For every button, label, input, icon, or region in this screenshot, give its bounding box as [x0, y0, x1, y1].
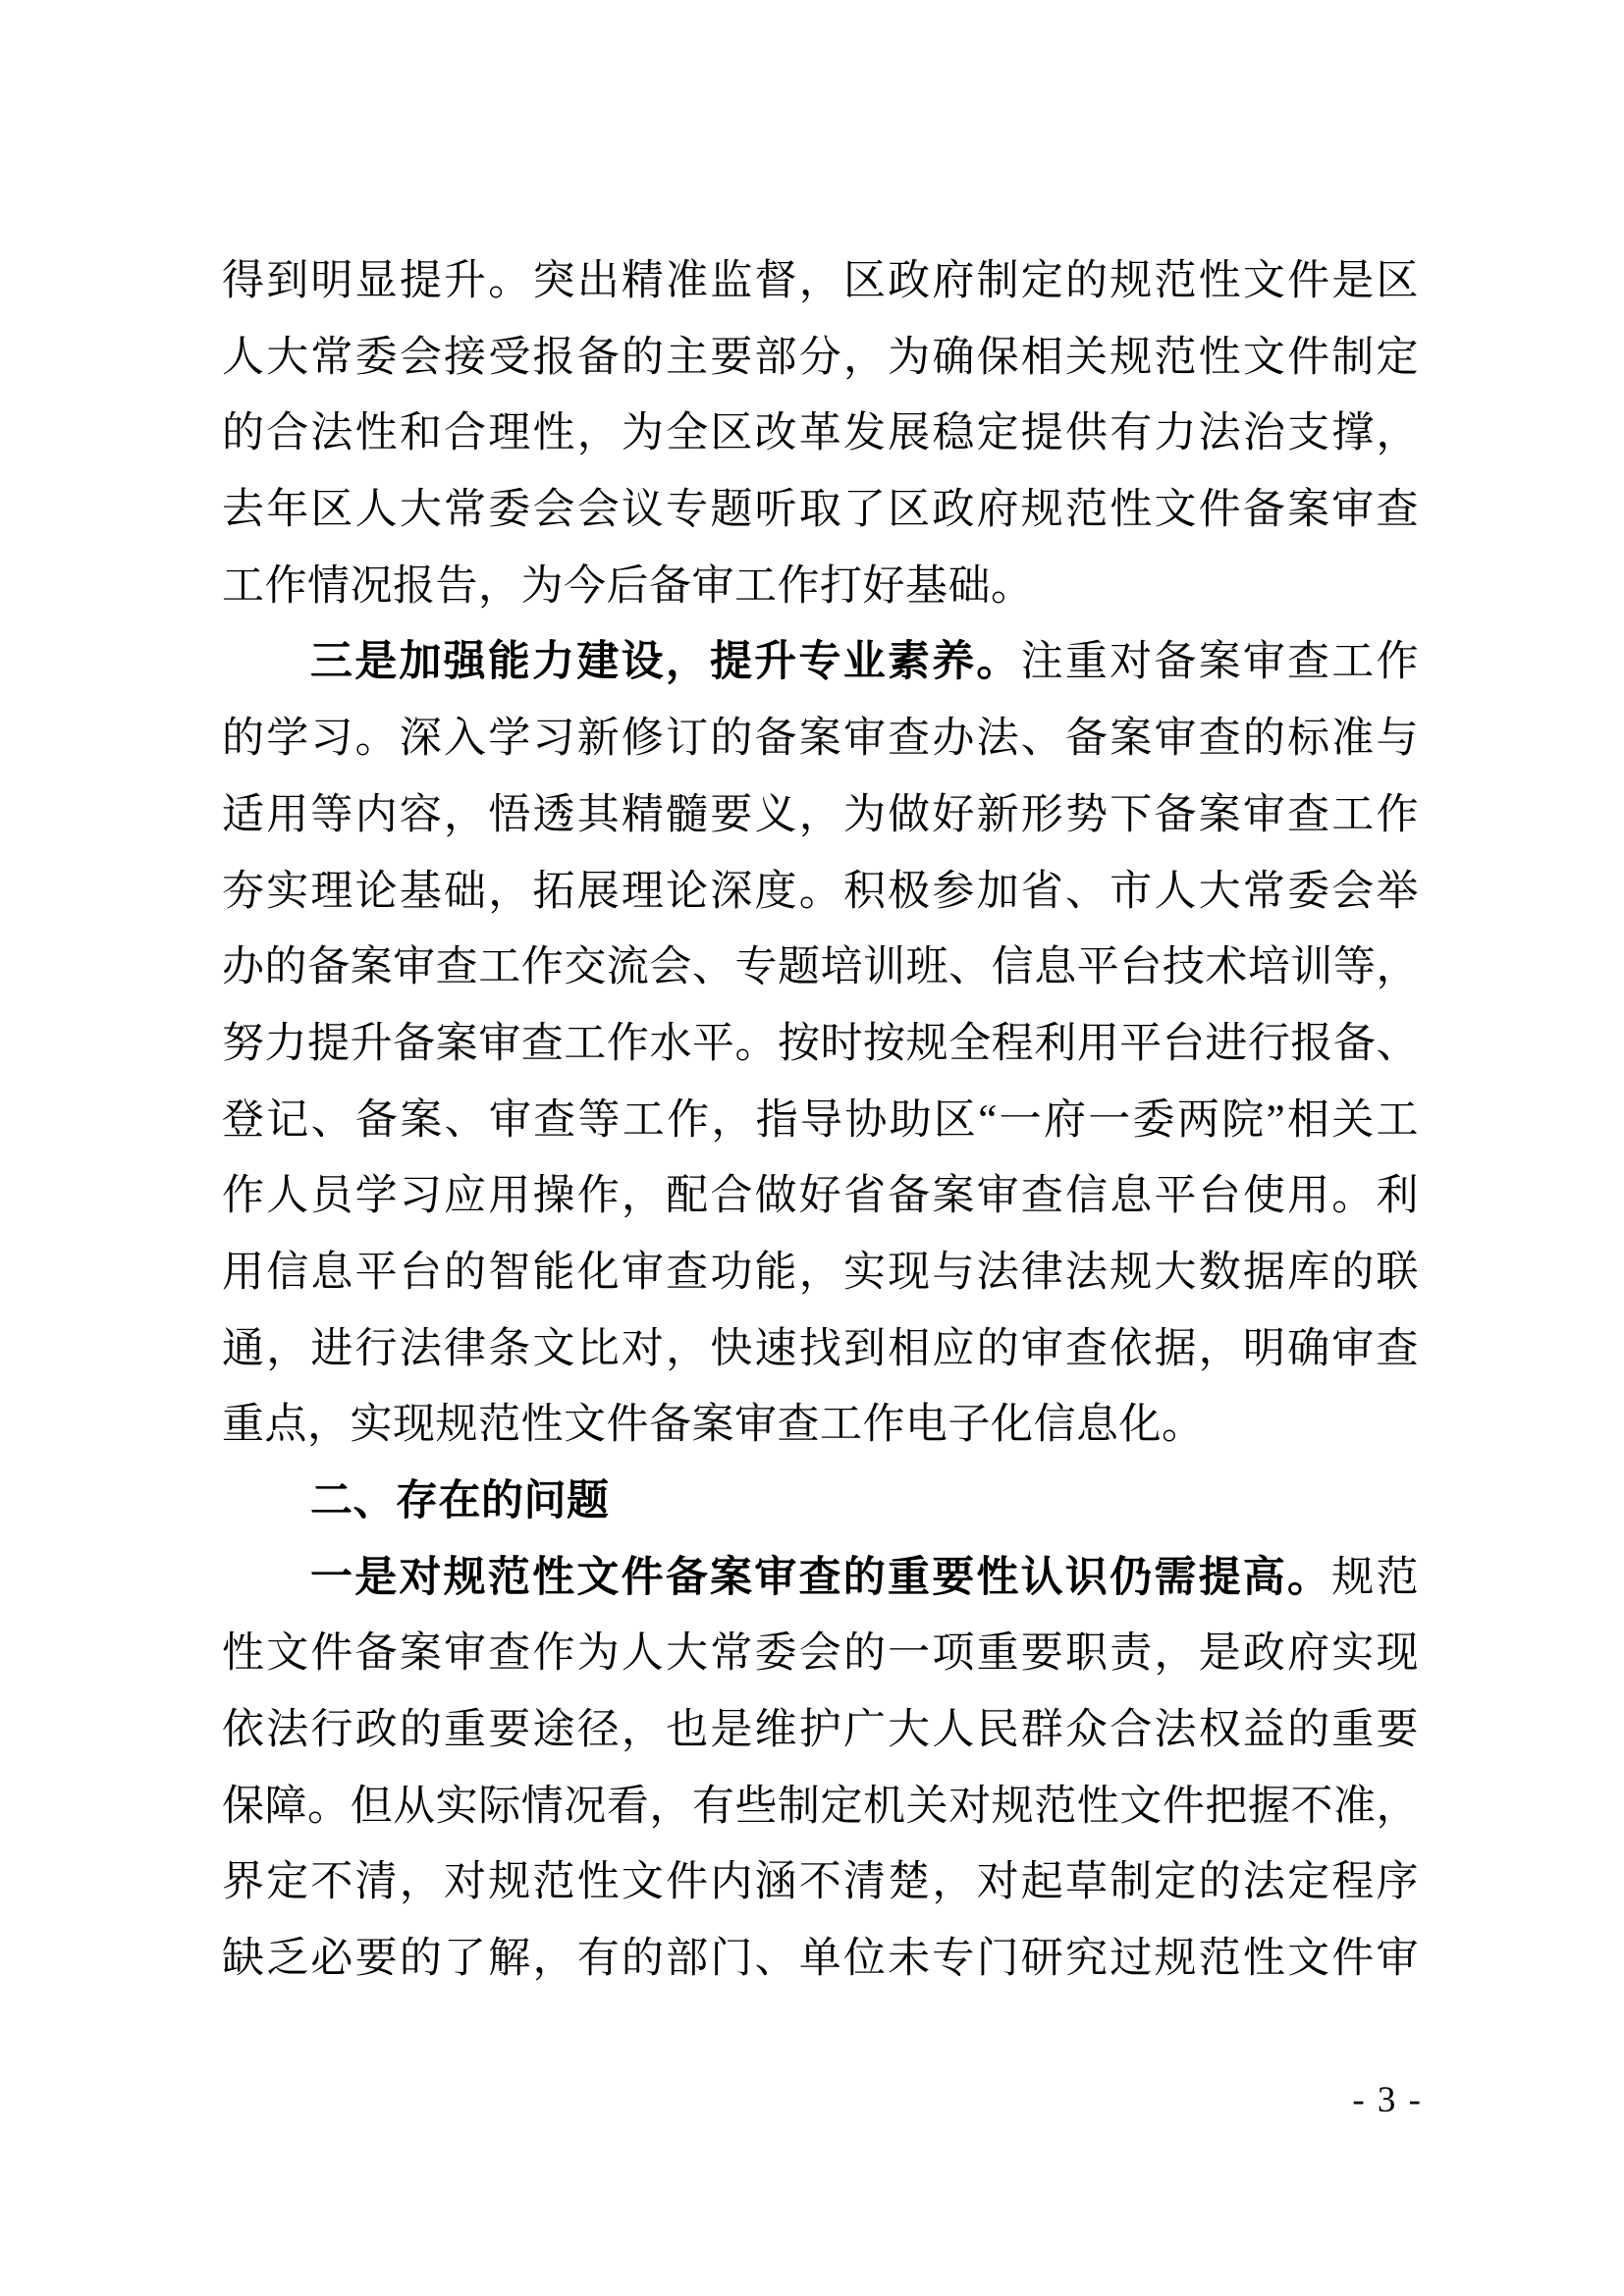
text-segment: 注重对备案审查工作	[1021, 639, 1419, 685]
text-line: 通，进行法律条文比对，快速找到相应的审查依据，明确审查	[222, 1311, 1419, 1388]
text-line: 一是对规范性文件备案审查的重要性认识仍需提高。规范	[222, 1540, 1419, 1617]
text-line: 三是加强能力建设，提升专业素养。注重对备案审查工作	[222, 624, 1419, 701]
text-segment-bold: 二、存在的问题	[310, 1478, 610, 1524]
text-line: 登记、备案、审查等工作，指导协助区“一府一委两院”相关工	[222, 1083, 1419, 1159]
document-page: 得到明显提升。突出精准监督，区政府制定的规范性文件是区人大常委会接受报备的主要部…	[0, 0, 1624, 2296]
text-segment: 办的备案审查工作交流会、专题培训班、信息平台技术培训等，	[222, 944, 1419, 990]
text-segment: 得到明显提升。突出精准监督，区政府制定的规范性文件是区	[222, 258, 1419, 304]
text-line: 界定不清，对规范性文件内涵不清楚，对起草制定的法定程序	[222, 1844, 1419, 1921]
text-segment: 缺乏必要的了解，有的部门、单位未专门研究过规范性文件审	[222, 1936, 1419, 1982]
text-segment-bold: 三是加强能力建设，提升专业素养。	[310, 639, 1021, 685]
text-line: 保障。但从实际情况看，有些制定机关对规范性文件把握不准，	[222, 1769, 1419, 1845]
text-segment: 保障。但从实际情况看，有些制定机关对规范性文件把握不准，	[222, 1784, 1419, 1830]
text-segment: 规范	[1331, 1555, 1419, 1601]
text-segment-bold: 一是对规范性文件备案审查的重要性认识仍需提高。	[310, 1555, 1331, 1601]
text-segment: 通，进行法律条文比对，快速找到相应的审查依据，明确审查	[222, 1326, 1419, 1372]
text-segment: 人大常委会接受报备的主要部分，为确保相关规范性文件制定	[222, 335, 1419, 381]
text-segment: 性文件备案审查作为人大常委会的一项重要职责，是政府实现	[222, 1630, 1419, 1677]
text-line: 工作情况报告，为今后备审工作打好基础。	[222, 549, 1419, 625]
text-line: 作人员学习应用操作，配合做好省备案审查信息平台使用。利	[222, 1158, 1419, 1235]
text-line: 的合法性和合理性，为全区改革发展稳定提供有力法治支撑，	[222, 396, 1419, 472]
text-line: 二、存在的问题	[222, 1464, 1419, 1540]
text-line: 适用等内容，悟透其精髓要义，为做好新形势下备案审查工作	[222, 777, 1419, 854]
page-number: - 3 -	[1352, 2079, 1423, 2122]
text-line: 缺乏必要的了解，有的部门、单位未专门研究过规范性文件审	[222, 1921, 1419, 1998]
text-segment: 夯实理论基础，拓展理论深度。积极参加省、市人大常委会举	[222, 869, 1419, 915]
text-line: 夯实理论基础，拓展理论深度。积极参加省、市人大常委会举	[222, 854, 1419, 931]
text-segment: 重点，实现规范性文件备案审查工作电子化信息化。	[222, 1402, 1205, 1448]
text-segment: 工作情况报告，为今后备审工作打好基础。	[222, 563, 1034, 610]
text-segment: 的合法性和合理性，为全区改革发展稳定提供有力法治支撑，	[222, 410, 1419, 456]
text-line: 重点，实现规范性文件备案审查工作电子化信息化。	[222, 1387, 1419, 1464]
text-segment: 作人员学习应用操作，配合做好省备案审查信息平台使用。利	[222, 1173, 1419, 1219]
text-segment: 用信息平台的智能化审查功能，实现与法律法规大数据库的联	[222, 1250, 1419, 1296]
document-text-body: 得到明显提升。突出精准监督，区政府制定的规范性文件是区人大常委会接受报备的主要部…	[222, 243, 1419, 1998]
text-line: 努力提升备案审查工作水平。按时按规全程利用平台进行报备、	[222, 1006, 1419, 1083]
text-line: 依法行政的重要途径，也是维护广大人民群众合法权益的重要	[222, 1692, 1419, 1769]
text-line: 人大常委会接受报备的主要部分，为确保相关规范性文件制定	[222, 320, 1419, 397]
text-line: 得到明显提升。突出精准监督，区政府制定的规范性文件是区	[222, 243, 1419, 320]
text-segment: 界定不清，对规范性文件内涵不清楚，对起草制定的法定程序	[222, 1859, 1419, 1905]
text-line: 办的备案审查工作交流会、专题培训班、信息平台技术培训等，	[222, 930, 1419, 1006]
text-line: 性文件备案审查作为人大常委会的一项重要职责，是政府实现	[222, 1616, 1419, 1692]
text-segment: 的学习。深入学习新修订的备案审查办法、备案审查的标准与	[222, 716, 1419, 762]
text-segment: 依法行政的重要途径，也是维护广大人民群众合法权益的重要	[222, 1707, 1419, 1753]
text-segment: 适用等内容，悟透其精髓要义，为做好新形势下备案审查工作	[222, 792, 1419, 838]
text-segment: 去年区人大常委会会议专题听取了区政府规范性文件备案审查	[222, 487, 1419, 533]
text-segment: 努力提升备案审查工作水平。按时按规全程利用平台进行报备、	[222, 1021, 1419, 1067]
text-line: 用信息平台的智能化审查功能，实现与法律法规大数据库的联	[222, 1235, 1419, 1311]
text-segment: 登记、备案、审查等工作，指导协助区“一府一委两院”相关工	[222, 1097, 1419, 1144]
text-line: 的学习。深入学习新修订的备案审查办法、备案审查的标准与	[222, 701, 1419, 777]
text-line: 去年区人大常委会会议专题听取了区政府规范性文件备案审查	[222, 472, 1419, 549]
